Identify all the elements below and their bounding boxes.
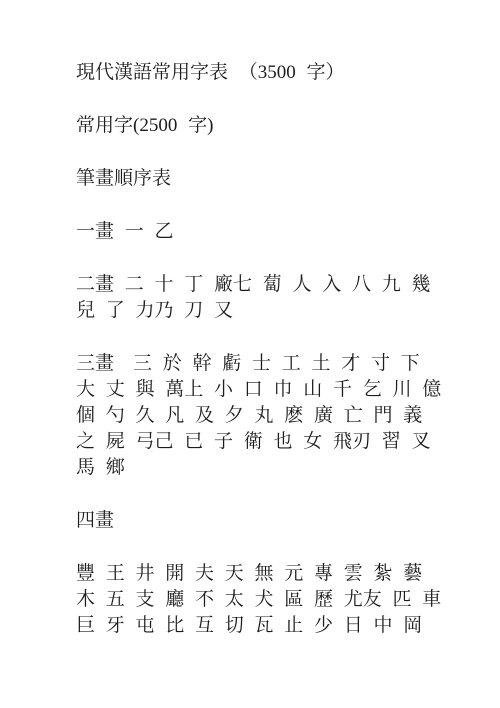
text-line: 四畫 <box>76 508 450 534</box>
text-line: 巨 牙 屯 比 互 切 瓦 止 少 日 中 岡 <box>76 613 450 639</box>
document-page: 現代漢語常用字表 （3500 字） 常用字(2500 字) 筆畫順序表 一畫 一… <box>0 0 500 708</box>
section-heading: 筆畫順序表 <box>76 166 450 192</box>
document-title: 現代漢語常用字表 （3500 字） <box>76 60 450 86</box>
text-line: 個 勺 久 凡 及 夕 丸 麽 廣 亡 門 義 <box>76 403 450 429</box>
text-line: 馬 鄉 <box>76 455 450 481</box>
character-group-four-strokes-heading: 四畫 <box>76 508 450 534</box>
text-line: 木 五 支 廳 不 太 犬 區 歷 尤友 匹 車 <box>76 587 450 613</box>
character-group-three-strokes: 三畫 三 於 幹 虧 士 工 土 才 寸 下大 丈 與 萬上 小 口 巾 山 千… <box>76 351 450 481</box>
text-line: 大 丈 與 萬上 小 口 巾 山 千 乞 川 億 <box>76 377 450 403</box>
text-line: 一畫 一 乙 <box>76 219 450 245</box>
character-group-one-stroke: 一畫 一 乙 <box>76 219 450 245</box>
text-line: 之 屍 弓己 已 子 衛 也 女 飛刃 習 叉 <box>76 429 450 455</box>
character-group-two-strokes: 二畫 二 十 丁 廠七 蔔 人 入 八 九 幾兒 了 力乃 刀 又 <box>76 272 450 324</box>
text-line: 豐 王 井 開 夫 天 無 元 專 雲 紮 藝 <box>76 561 450 587</box>
document-subtitle: 常用字(2500 字) <box>76 113 450 139</box>
character-group-four-strokes: 豐 王 井 開 夫 天 無 元 專 雲 紮 藝木 五 支 廳 不 太 犬 區 歷… <box>76 561 450 639</box>
text-line: 兒 了 力乃 刀 又 <box>76 298 450 324</box>
text-line: 三畫 三 於 幹 虧 士 工 土 才 寸 下 <box>76 351 450 377</box>
stroke-groups-container: 一畫 一 乙二畫 二 十 丁 廠七 蔔 人 入 八 九 幾兒 了 力乃 刀 又三… <box>76 219 450 639</box>
text-line: 二畫 二 十 丁 廠七 蔔 人 入 八 九 幾 <box>76 272 450 298</box>
